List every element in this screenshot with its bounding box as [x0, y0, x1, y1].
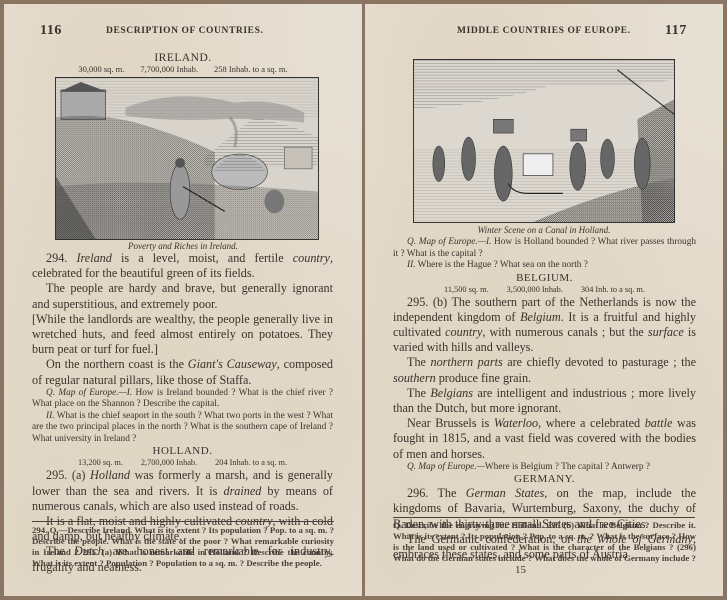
stat-area: 11,500 sq. m. [444, 285, 489, 295]
paragraph-belgians: The Belgians are intelligent and industr… [393, 386, 696, 416]
holland-map-questions-1: Q. Map of Europe.—I. How is Holland boun… [393, 237, 696, 260]
left-footnote: 294. Q.—Describe Ireland. What is its ex… [32, 525, 334, 569]
paragraph-giants-causeway: On the northern coast is the Giant's Cau… [32, 357, 333, 387]
page-number: 117 [665, 23, 687, 39]
country-heading-holland: HOLLAND. [32, 445, 333, 458]
stat-population: 7,700,000 Inhab. [140, 64, 198, 74]
country-heading-germany: GERMANY. [393, 473, 696, 486]
engraving-caption-ireland: Poverty and Riches in Ireland. [4, 241, 362, 251]
ireland-map-questions-1: Q. Map of Europe.—I. How is Ireland boun… [32, 388, 333, 411]
paragraph-people: The people are hardy and brave, but gene… [32, 281, 333, 311]
left-running-head: 116 DESCRIPTION OF COUNTRIES. [4, 26, 362, 42]
paragraph-waterloo: Near Brussels is Waterloo, where a celeb… [393, 416, 696, 462]
stat-area: 30,000 sq. m. [78, 64, 124, 74]
holland-map-questions-2: II. Where is the Hague ? What sea on the… [393, 260, 696, 272]
stat-area: 13,200 sq. m. [78, 458, 123, 468]
engraving-holland [413, 59, 675, 223]
paragraph-295b: 295. (b) The southern part of the Nether… [393, 295, 696, 356]
footnote-rule [32, 521, 334, 522]
left-page: 116 DESCRIPTION OF COUNTRIES. IRELAND. 3… [4, 4, 362, 596]
page-number: 116 [40, 23, 62, 39]
engraving-holland-image [414, 60, 674, 222]
right-body: Q. Map of Europe.—I. How is Holland boun… [393, 237, 696, 562]
paragraph-295a: 295. (a) Holland was formerly a marsh, a… [32, 468, 333, 514]
country-heading-ireland: IRELAND. [4, 52, 362, 64]
stat-density: 258 Inhab. to a sq. m. [214, 64, 288, 74]
paragraph-294: 294. Ireland is a level, moist, and fert… [32, 251, 333, 281]
right-page: MIDDLE COUNTRIES OF EUROPE. 117 [365, 4, 723, 596]
country-heading-belgium: BELGIUM. [393, 272, 696, 285]
stat-population: 3,500,000 Inhab. [507, 285, 563, 295]
paragraph-landlords: [While the landlords are wealthy, the pe… [32, 312, 333, 358]
running-title: MIDDLE COUNTRIES OF EUROPE. [457, 26, 631, 36]
ireland-header: IRELAND. 30,000 sq. m. 7,700,000 Inhab. … [4, 52, 362, 74]
belgium-stats: 11,500 sq. m. 3,500,000 Inhab. 304 Inh. … [393, 285, 696, 295]
belgium-map-questions: Q. Map of Europe.—Where is Belgium ? The… [393, 462, 696, 474]
right-footnote: Q. Describe the engraving for Holland. 2… [393, 520, 696, 564]
stat-population: 2,700,000 Inhab. [141, 458, 197, 468]
ireland-map-questions-2: II. What is the chief seaport in the sou… [32, 411, 333, 446]
engraving-caption-holland: Winter Scene on a Canal in Holland. [365, 225, 723, 235]
signature-mark: 15 [515, 564, 526, 576]
stat-density: 304 Inh. to a sq. m. [581, 285, 645, 295]
engraving-ireland-image [56, 78, 318, 239]
running-title: DESCRIPTION OF COUNTRIES. [106, 26, 263, 36]
footnote-rule [393, 517, 695, 518]
stat-density: 204 Inhab. to a sq. m. [215, 458, 287, 468]
paragraph-northern-parts: The northern parts are chiefly devoted t… [393, 355, 696, 385]
ireland-stats: 30,000 sq. m. 7,700,000 Inhab. 258 Inhab… [4, 64, 362, 74]
holland-stats: 13,200 sq. m. 2,700,000 Inhab. 204 Inhab… [32, 458, 333, 468]
right-running-head: MIDDLE COUNTRIES OF EUROPE. 117 [365, 26, 723, 42]
engraving-ireland [55, 77, 319, 240]
